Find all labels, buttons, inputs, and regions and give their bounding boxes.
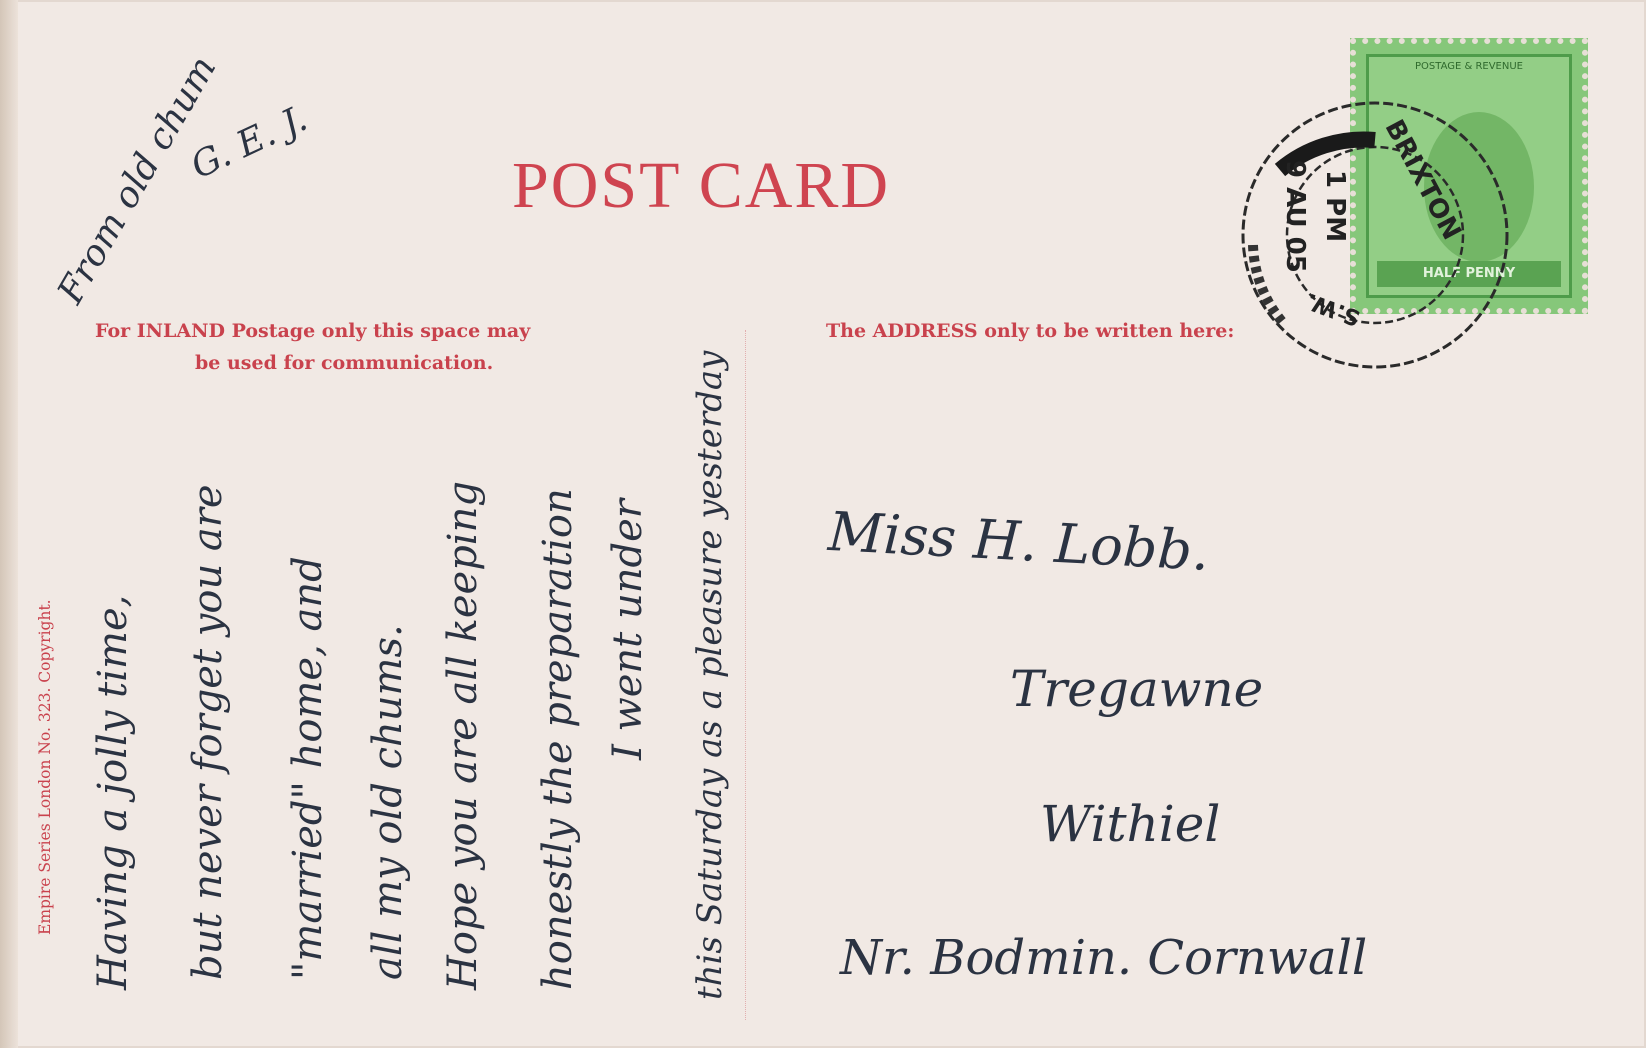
message-line: but never forget you are — [185, 484, 231, 980]
address-line-town: Nr. Bodmin. Cornwall — [840, 930, 1367, 986]
address-line-house: Tregawne — [1010, 660, 1263, 718]
message-instruction-line2: be used for communication. — [195, 352, 493, 374]
signature-initials: G. E. J. — [185, 98, 313, 187]
postmark-time: 1 PM — [1320, 170, 1350, 242]
publisher-imprint: Empire Series London No. 323. Copyright. — [36, 599, 54, 935]
stamp-top-text: POSTAGE & REVENUE — [1375, 61, 1563, 72]
message-line: I went under — [605, 499, 651, 760]
card-edge — [0, 0, 18, 1048]
address-line-village: Withiel — [1040, 795, 1220, 853]
postmark-icon — [1225, 95, 1525, 395]
message-line: Hope you are all keeping — [440, 481, 486, 990]
message-line: Having a jolly time, — [90, 595, 136, 990]
postcard-back: POST CARD For INLAND Postage only this s… — [0, 0, 1646, 1048]
message-line: this Saturday as a pleasure yesterday — [690, 351, 730, 1000]
address-instruction: The ADDRESS only to be written here: — [826, 320, 1234, 342]
message-line: all my old chums. — [365, 624, 411, 980]
message-line: honestly the preparation — [535, 488, 581, 990]
postcard-title: POST CARD — [512, 148, 890, 224]
address-line-name: Miss H. Lobb. — [827, 500, 1211, 583]
message-instruction-line1: For INLAND Postage only this space may — [95, 320, 530, 342]
postmark-date: 9 AU 05 — [1280, 160, 1310, 273]
message-line: "married" home, and — [285, 556, 331, 980]
center-divider — [745, 330, 746, 1020]
